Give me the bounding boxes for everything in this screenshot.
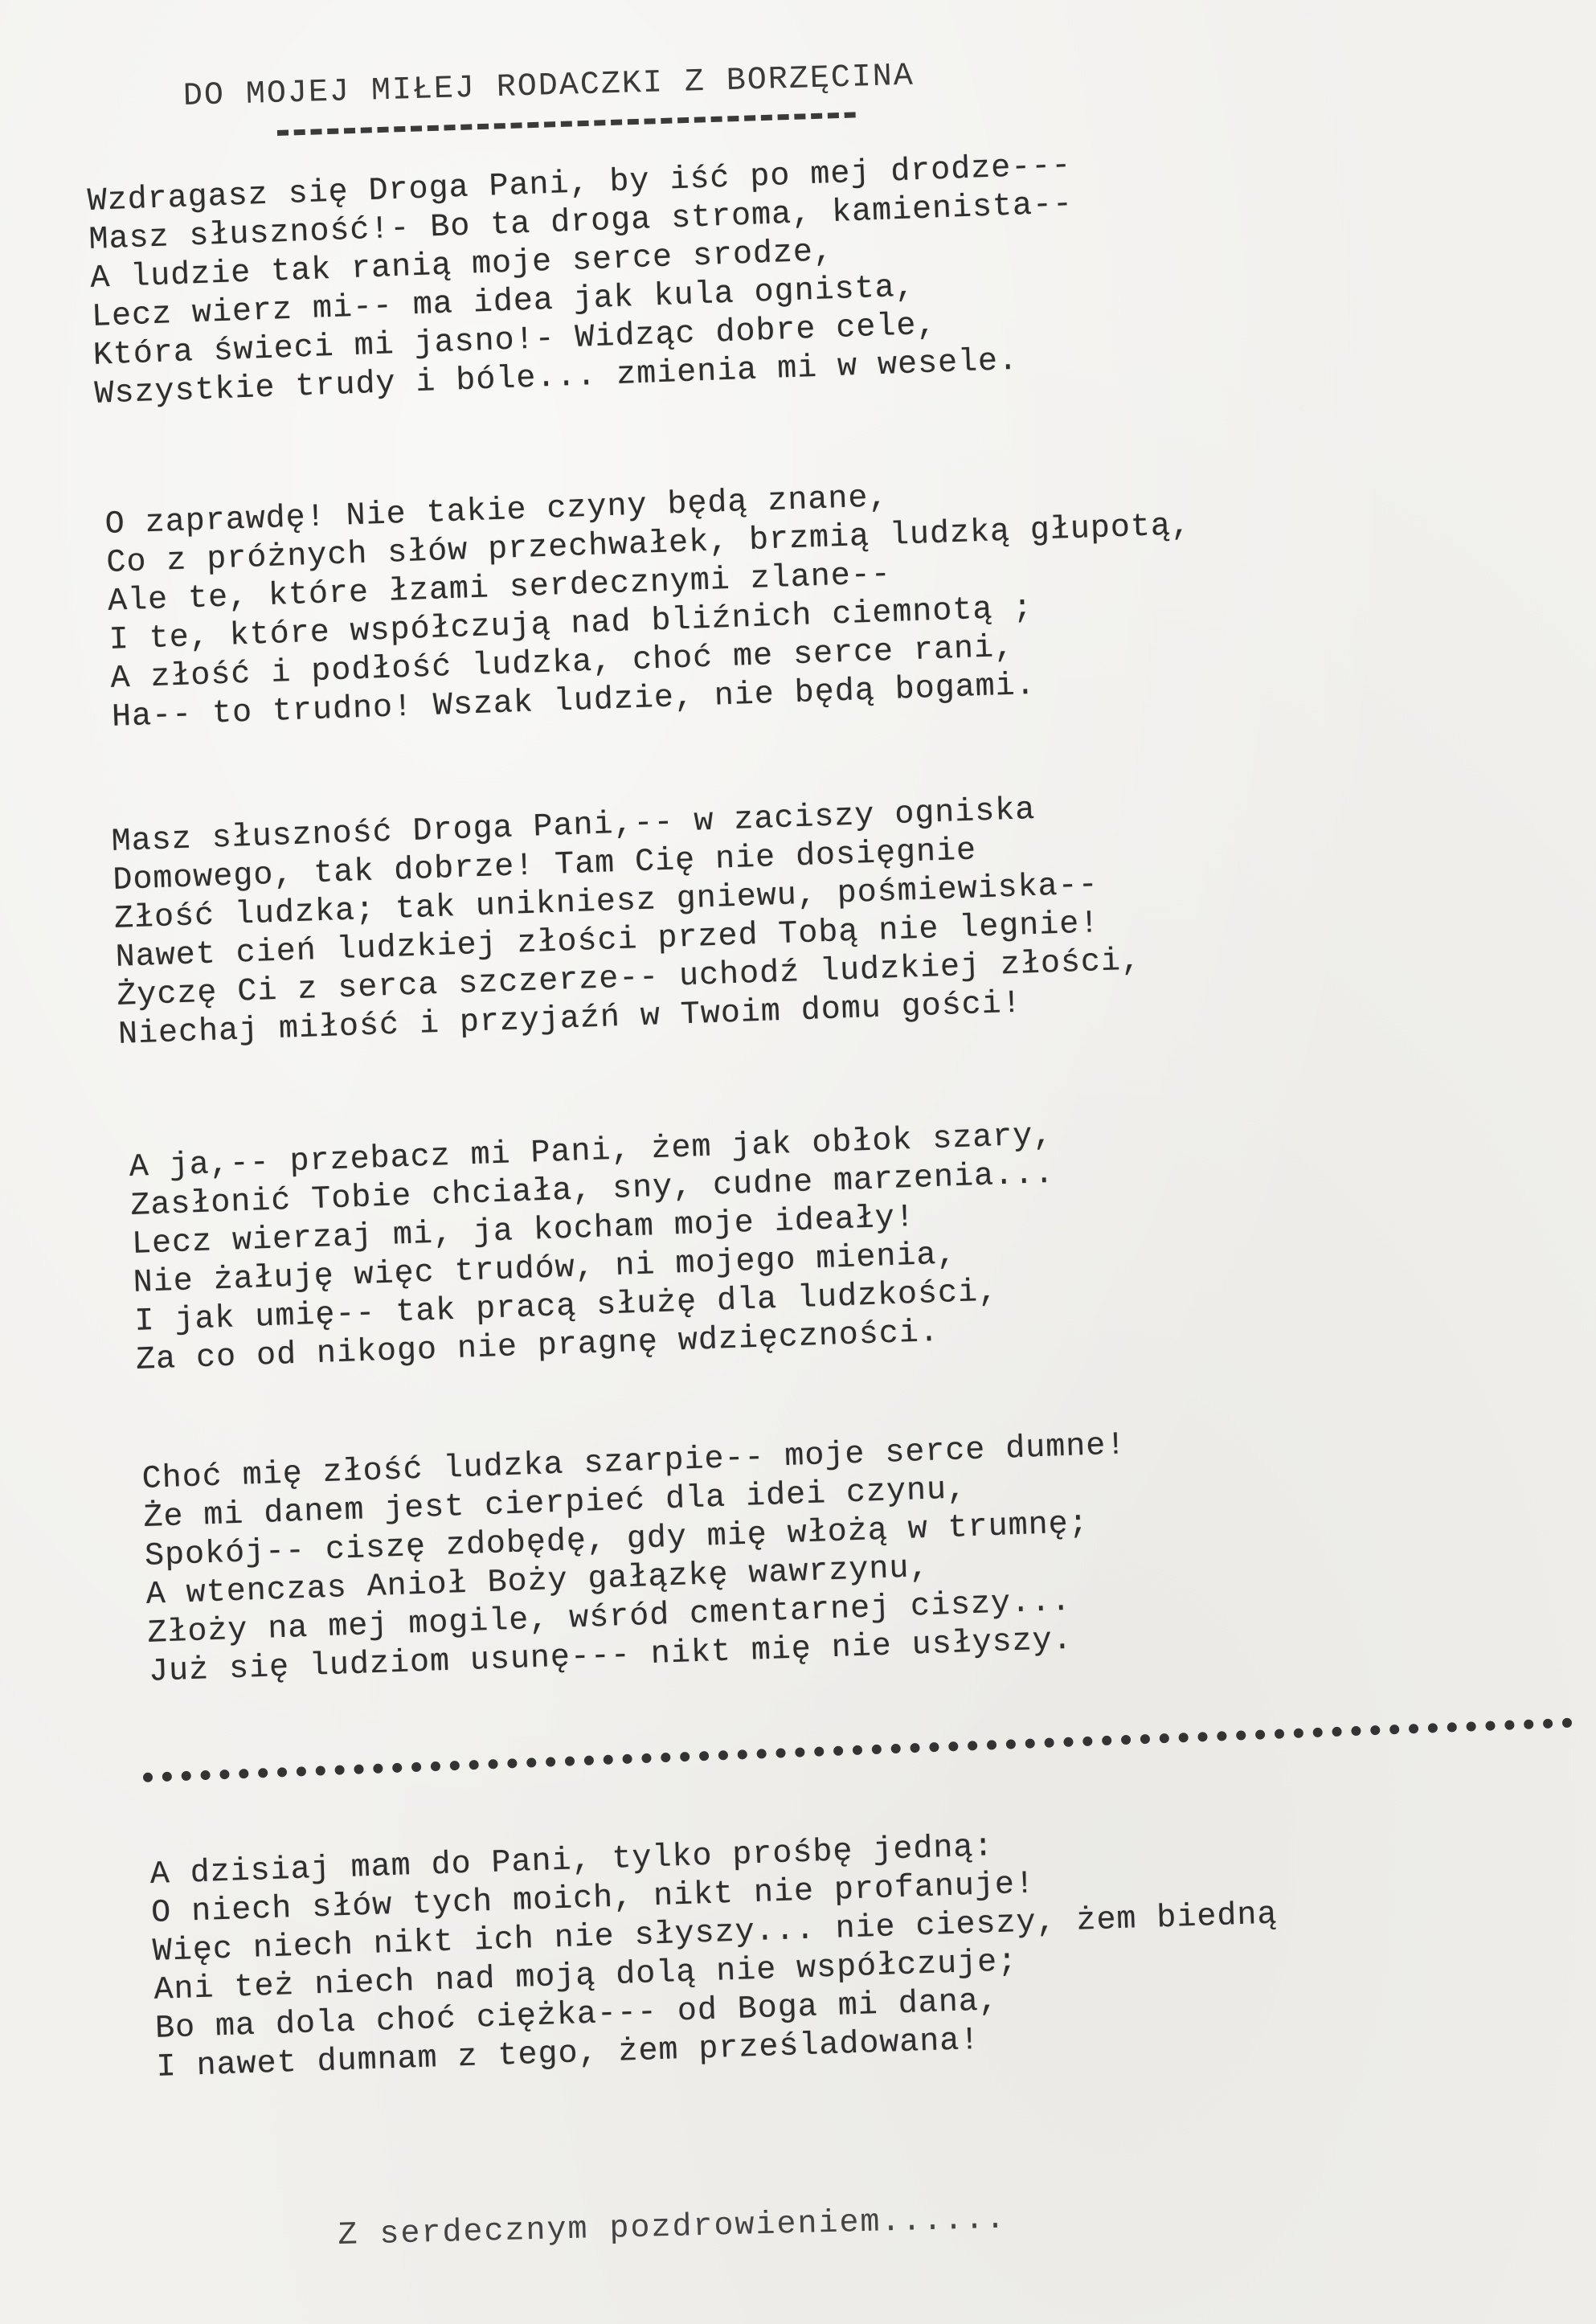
stanza-2: O zaprawdę! Nie takie czyny będą znane, … — [104, 468, 1197, 738]
stanza-5: Choć mię złość ludzka szarpie-- moje ser… — [141, 1426, 1134, 1692]
stanza-4: A ja,-- przebacz mi Pani, żem jak obłok … — [129, 1117, 1061, 1381]
stanza-3: Masz słuszność Droga Pani,-- w zaciszy o… — [111, 788, 1143, 1054]
stanza-1: Wzdragasz się Droga Pani, by iść po mej … — [87, 147, 1079, 415]
typewritten-page: DO MOJEJ MIŁEJ RODACZKI Z BORZĘCINA Wzdr… — [0, 0, 1596, 2324]
stanza-6: A dzisiaj mam do Pani, tylko prośbę jedn… — [149, 1819, 1282, 2088]
title-underline-divider — [277, 112, 856, 136]
poem-title: DO MOJEJ MIŁEJ RODACZKI Z BORZĘCINA — [182, 59, 915, 115]
closing-greeting: Z serdecznym pozdrowieniem...... — [338, 2202, 1007, 2254]
dotted-separator-divider — [143, 1718, 1573, 1782]
